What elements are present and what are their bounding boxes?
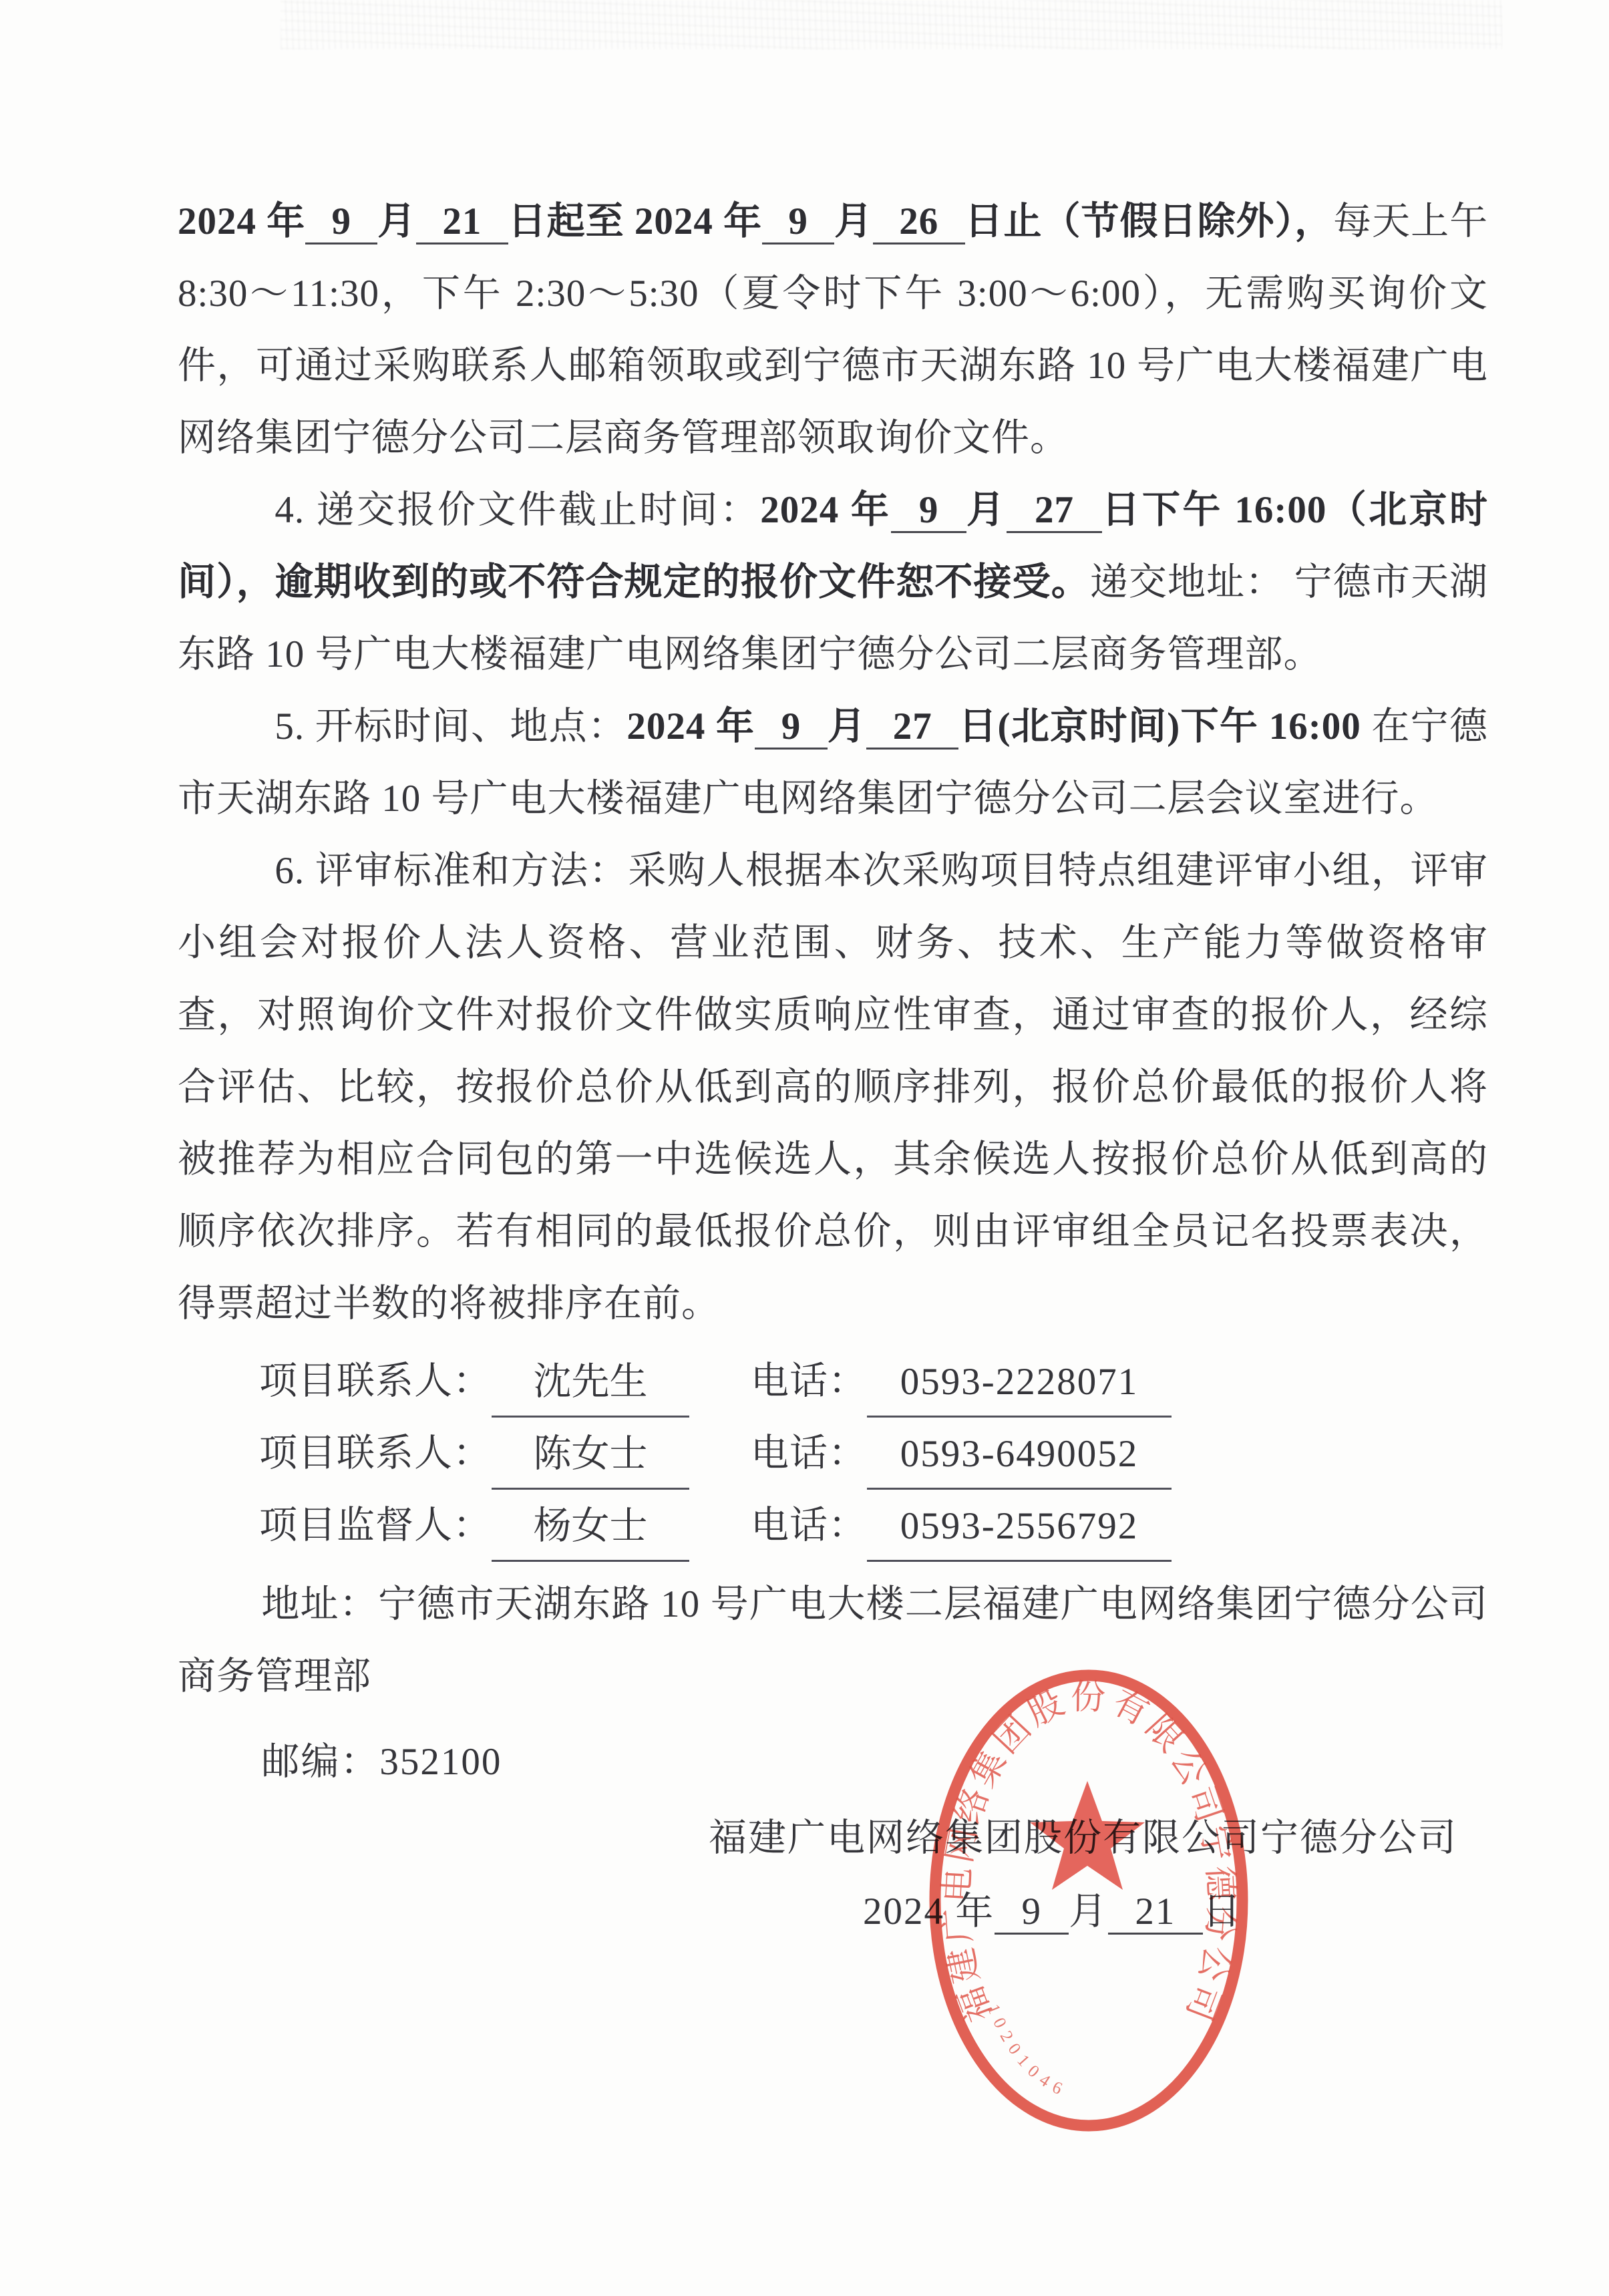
- scan-noise-band: [281, 0, 1502, 49]
- paragraph-bid-opening: 5. 开标时间、地点：2024 年 9 月 27 日(北京时间)下午 16:00…: [178, 691, 1488, 835]
- paragraph-evaluation-criteria: 6. 评审标准和方法：采购人根据本次采购项目特点组建评审小组，评审小组会对报价人…: [178, 835, 1488, 1340]
- phone-label: 电话：: [751, 1418, 867, 1490]
- text-segment: 27: [1007, 489, 1101, 533]
- phone-label: 电话：: [751, 1490, 867, 1562]
- text-segment: 4. 递交报价文件截止时间：: [275, 489, 760, 531]
- text-segment: 日(北京时间)下午 16:00: [958, 705, 1371, 748]
- phone-number-blank: 0593-2228071: [867, 1349, 1172, 1418]
- text-segment: 日: [1203, 1891, 1242, 1933]
- address-line: 地址：宁德市天湖东路 10 号广电大楼二层福建广电网络集团宁德分公司商务管理部: [178, 1569, 1488, 1713]
- supervisor-label: 项目监督人：: [259, 1490, 492, 1562]
- text-segment: 月: [828, 705, 866, 748]
- text-segment: 2024 年: [627, 705, 755, 748]
- text-segment: 26: [873, 200, 964, 244]
- phone-number-blank: 0593-2556792: [867, 1493, 1172, 1562]
- text-segment: 逾期收到的或不符合规定的报价文件恕不接受。: [275, 561, 1090, 603]
- supervisor-name-blank: 杨女士: [492, 1493, 689, 1562]
- signature-date-line: 2024 年 9 月 21 日: [863, 1876, 1488, 1948]
- phone-label: 电话：: [751, 1345, 867, 1418]
- contact-row: 项目联系人： 陈女士 电话： 0593-6490052: [259, 1418, 1488, 1490]
- phone-number-blank: 0593-6490052: [867, 1421, 1172, 1490]
- contact-row: 项目联系人： 沈先生 电话： 0593-2228071: [259, 1345, 1488, 1418]
- text-segment: 月: [377, 200, 416, 242]
- text-segment: 月: [1069, 1891, 1108, 1933]
- postal-code: 352100: [379, 1741, 502, 1783]
- contact-name-blank: 沈先生: [492, 1349, 689, 1418]
- text-segment: 9: [995, 1891, 1069, 1935]
- seal-code-holder: 10201046: [984, 2001, 1071, 2101]
- text-segment: 日止（节假日除外），: [965, 200, 1334, 242]
- text-segment: 9: [755, 705, 828, 750]
- text-segment: 6. 评审标准和方法：采购人根据本次采购项目特点组建评审小组，评审小组会对报价人…: [178, 850, 1488, 1325]
- text-segment: 9: [891, 489, 966, 533]
- text-segment: 21: [416, 200, 508, 244]
- contact-name-blank: 陈女士: [492, 1421, 689, 1490]
- contact-label: 项目联系人：: [259, 1418, 492, 1490]
- postal-code-line: 邮编：352100: [178, 1726, 1488, 1798]
- paragraph-submission-deadline: 4. 递交报价文件截止时间：2024 年 9 月 27 日下午 16:00（北京…: [178, 474, 1488, 691]
- text-segment: 日起至 2024 年: [508, 200, 763, 242]
- contact-label: 项目联系人：: [259, 1345, 492, 1418]
- text-segment: 月: [834, 200, 873, 242]
- text-segment: 9: [762, 200, 834, 244]
- paragraph-issue-period: 2024 年 9 月 21 日起至 2024 年 9 月 26 日止（节假日除外…: [178, 186, 1488, 474]
- text-segment: 5. 开标时间、地点：: [275, 705, 627, 748]
- text-segment: 27: [866, 705, 958, 750]
- text-segment: 2024 年: [863, 1891, 995, 1933]
- text-segment: 2024 年: [178, 200, 305, 242]
- text-segment: 9: [305, 200, 377, 244]
- seal-code-digits: 10201046: [984, 2001, 1071, 2101]
- scanned-document-page: 2024 年 9 月 21 日起至 2024 年 9 月 26 日止（节假日除外…: [0, 0, 1609, 2296]
- postal-label: 邮编：: [261, 1741, 379, 1783]
- text-segment: 21: [1108, 1891, 1202, 1935]
- text-segment: 月: [966, 489, 1007, 531]
- contact-row: 项目监督人： 杨女士 电话： 0593-2556792: [259, 1490, 1488, 1562]
- document-body: 2024 年 9 月 21 日起至 2024 年 9 月 26 日止（节假日除外…: [178, 186, 1488, 1948]
- text-segment: 2024 年: [760, 489, 891, 531]
- signature-company-name: 福建广电网络集团股份有限公司宁德分公司: [709, 1802, 1488, 1874]
